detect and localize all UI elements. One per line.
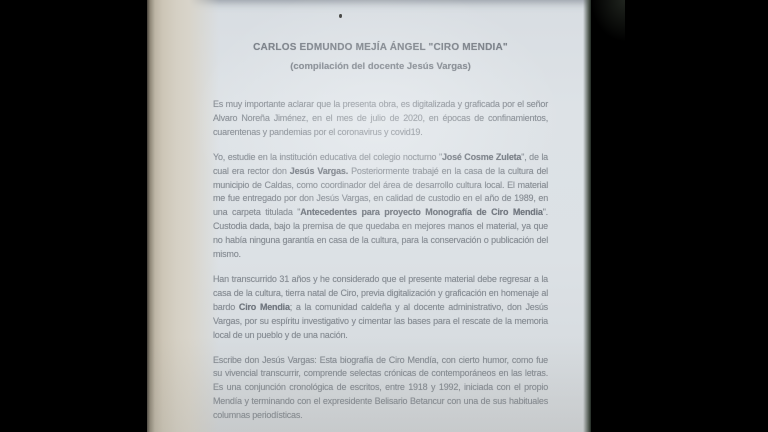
paragraph: Yo, estudie en la institución educativa … — [213, 151, 548, 262]
paragraph-text: Es muy importante aclarar que la present… — [213, 99, 548, 137]
paragraph-bold-text: Ciro Mendia — [239, 302, 290, 312]
paragraph: Han transcurrido 31 años y he considerad… — [213, 273, 548, 343]
document-page: CARLOS EDMUNDO MEJÍA ÁNGEL "CIRO MENDIA"… — [147, 0, 591, 432]
document-paragraphs: Es muy importante aclarar que la present… — [213, 98, 548, 423]
page-title: CARLOS EDMUNDO MEJÍA ÁNGEL "CIRO MENDIA" — [213, 42, 548, 53]
paragraph-text: Yo, estudie en la institución educativa … — [213, 152, 442, 162]
scan-corner-smudge — [591, 0, 625, 42]
paragraph: Escribe don Jesús Vargas: Esta biografía… — [213, 354, 548, 424]
paragraph-text: Escribe don Jesús Vargas: Esta biografía… — [213, 355, 548, 421]
page-subtitle: (compilación del docente Jesús Vargas) — [213, 61, 548, 72]
paragraph-bold-text: Jesús Vargas. — [290, 166, 348, 176]
paragraph: Es muy importante aclarar que la present… — [213, 98, 548, 140]
paragraph-bold-text: Antecedentes para proyecto Monografía de… — [300, 207, 542, 217]
document-content: CARLOS EDMUNDO MEJÍA ÁNGEL "CIRO MENDIA"… — [213, 0, 548, 432]
scan-background: CARLOS EDMUNDO MEJÍA ÁNGEL "CIRO MENDIA"… — [0, 0, 768, 432]
paragraph-bold-text: José Cosme Zuleta — [442, 152, 521, 162]
